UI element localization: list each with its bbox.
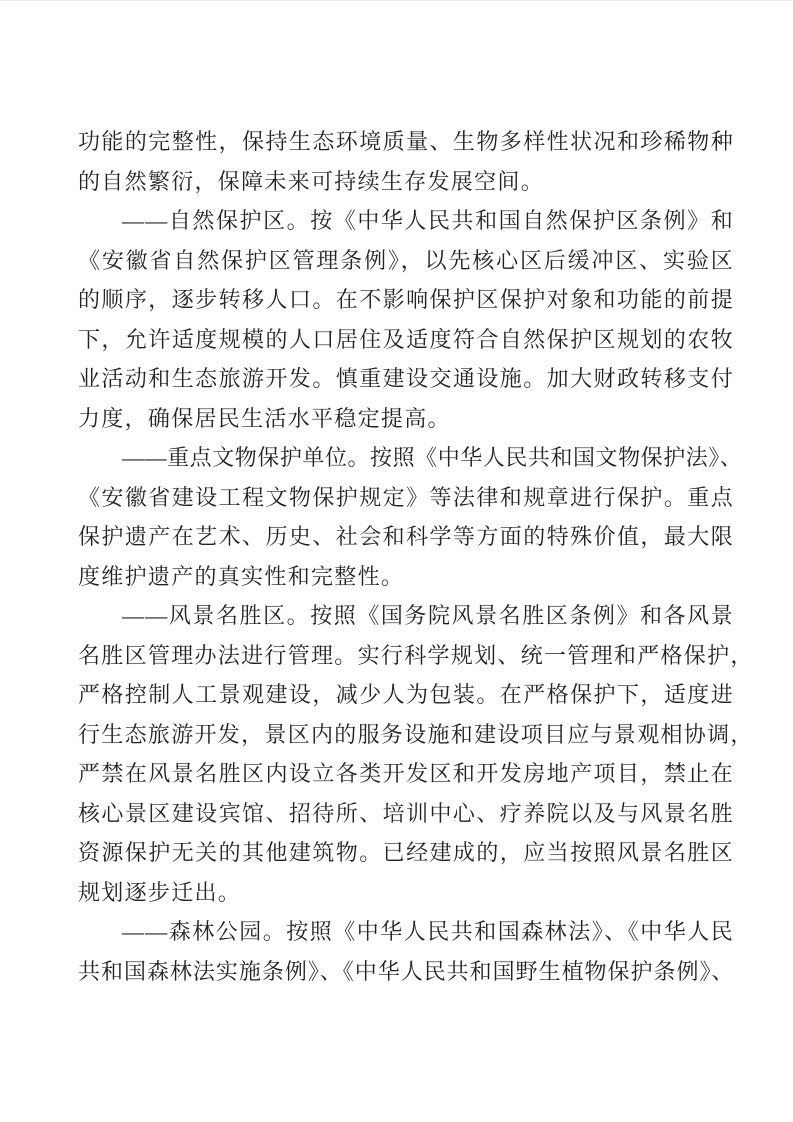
text-line: ——重点文物保护单位。按照《中华人民共和国文物保护法》、 [78,438,734,478]
text-line: 规划逐步迁出。 [78,873,734,913]
document-page: 功能的完整性，保持生态环境质量、生物多样性状况和珍稀物种 的自然繁衍，保障未来可… [0,0,793,1122]
text-line: ——风景名胜区。按照《国务院风景名胜区条例》和各风景 [78,596,734,636]
text-line: 资源保护无关的其他建筑物。已经建成的，应当按照风景名胜区 [78,833,734,873]
text-line: 下，允许适度规模的人口居住及适度符合自然保护区规划的农牧 [78,320,734,360]
document-text-block: 功能的完整性，保持生态环境质量、生物多样性状况和珍稀物种 的自然繁衍，保障未来可… [78,122,734,991]
text-line: ——自然保护区。按《中华人民共和国自然保护区条例》和 [78,201,734,241]
text-line: 《安徽省自然保护区管理条例》，以先核心区后缓冲区、实验区 [78,241,734,281]
text-line: 度维护遗产的真实性和完整性。 [78,557,734,597]
text-line: 的顺序，逐步转移人口。在不影响保护区保护对象和功能的前提 [78,280,734,320]
text-line: 《安徽省建设工程文物保护规定》等法律和规章进行保护。重点 [78,478,734,518]
page-top-edge [0,0,793,1]
text-line: ——森林公园。按照《中华人民共和国森林法》、《中华人民 [78,912,734,952]
text-line: 业活动和生态旅游开发。慎重建设交通设施。加大财政转移支付 [78,359,734,399]
text-line: 的自然繁衍，保障未来可持续生存发展空间。 [78,162,734,202]
text-line: 名胜区管理办法进行管理。实行科学规划、统一管理和严格保护， [78,636,734,676]
text-line: 严禁在风景名胜区内设立各类开发区和开发房地产项目，禁止在 [78,754,734,794]
text-line: 共和国森林法实施条例》、《中华人民共和国野生植物保护条例》、 [78,952,734,992]
text-line: 力度，确保居民生活水平稳定提高。 [78,399,734,439]
text-line: 保护遗产在艺术、历史、社会和科学等方面的特殊价值，最大限 [78,517,734,557]
text-line: 严格控制人工景观建设，减少人为包装。在严格保护下，适度进 [78,675,734,715]
text-line: 功能的完整性，保持生态环境质量、生物多样性状况和珍稀物种 [78,122,734,162]
text-line: 核心景区建设宾馆、招待所、培训中心、疗养院以及与风景名胜 [78,794,734,834]
text-line: 行生态旅游开发，景区内的服务设施和建设项目应与景观相协调， [78,715,734,755]
